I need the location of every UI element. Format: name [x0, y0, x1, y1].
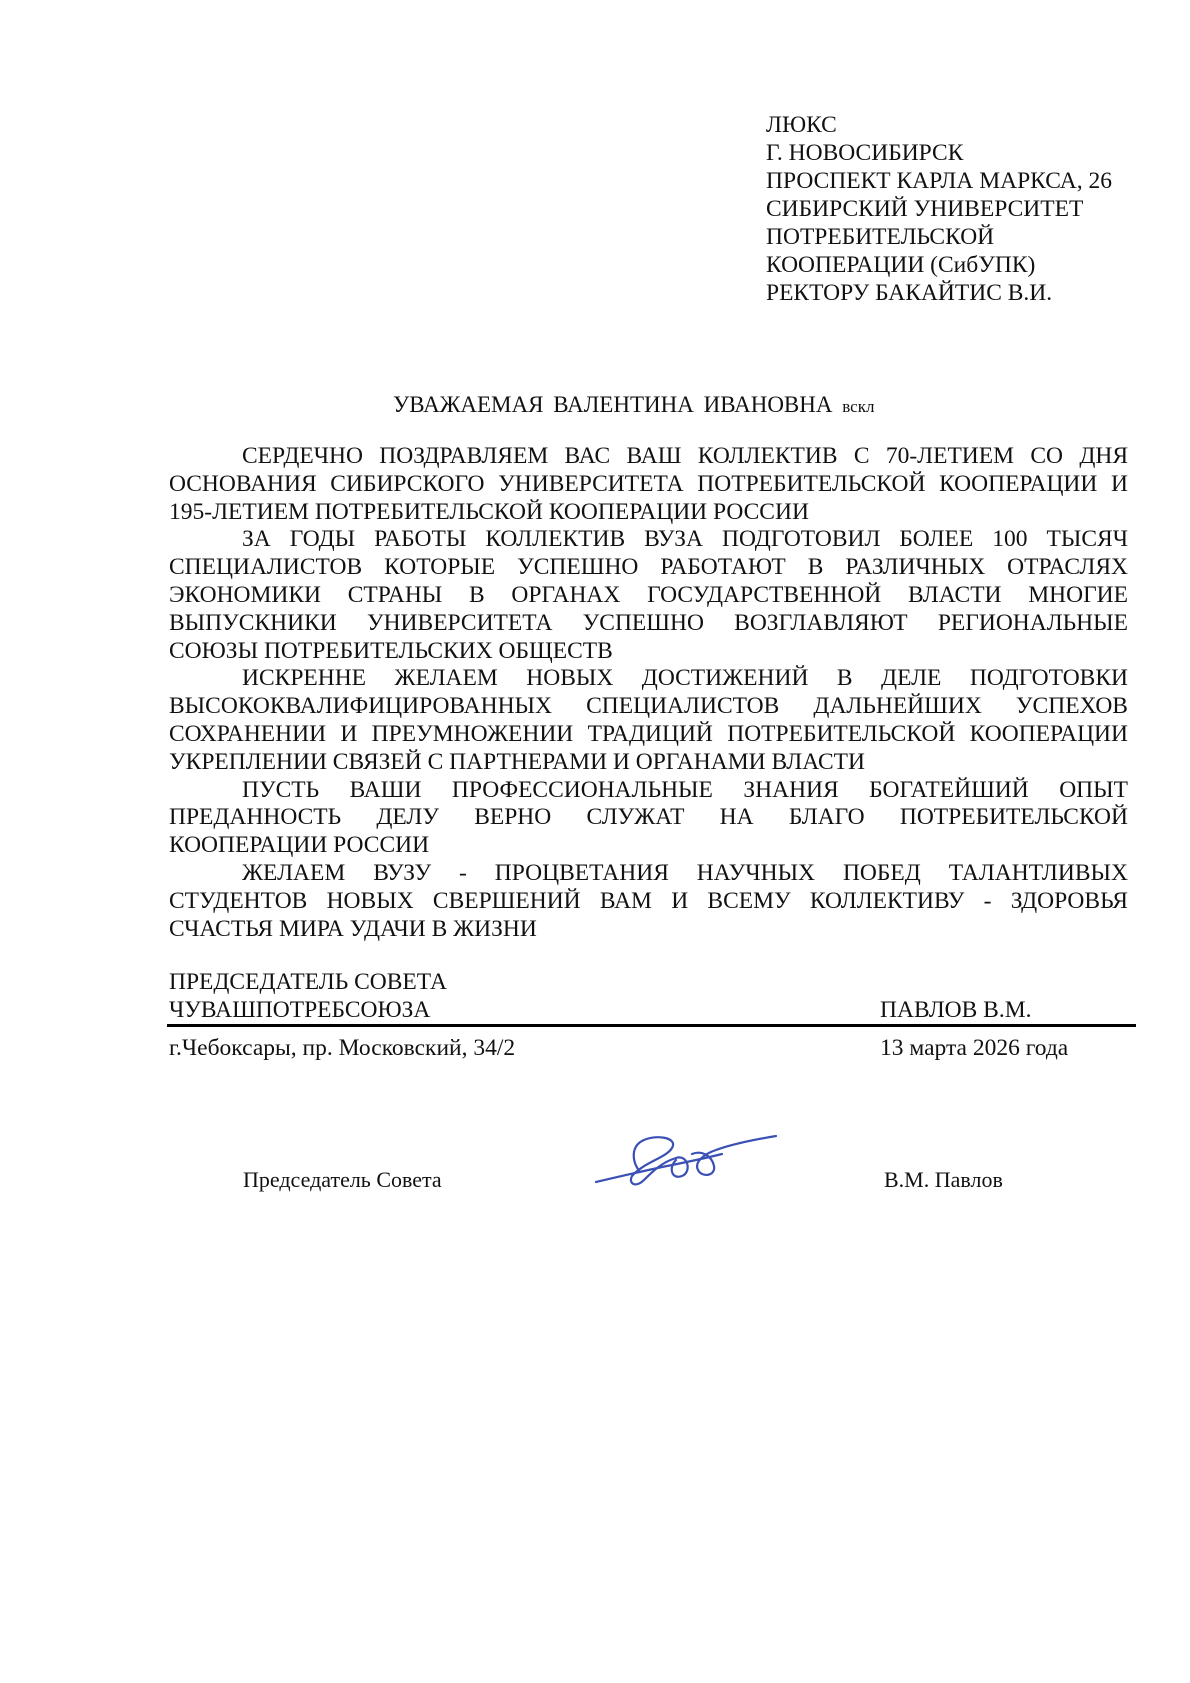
recipient-line: РЕКТОРУ БАКАЙТИС В.И.	[766, 279, 1112, 307]
recipient-line: ПРОСПЕКТ КАРЛА МАРКСА, 26	[766, 167, 1112, 195]
letter-body: СЕРДЕЧНО ПОЗДРАВЛЯЕМ ВАС ВАШ КОЛЛЕКТИВ С…	[169, 443, 1128, 943]
sender-name: ПАВЛОВ В.М.	[880, 996, 1032, 1024]
sender-title-line2: ЧУВАШПОТРЕБСОЮЗА	[169, 997, 430, 1023]
letter-page: ЛЮКС Г. НОВОСИБИРСК ПРОСПЕКТ КАРЛА МАРКС…	[0, 0, 1190, 1683]
sender-address: г.Чебоксары, пр. Московский, 34/2	[169, 1035, 515, 1061]
sender-footer: г.Чебоксары, пр. Московский, 34/2 13 мар…	[169, 1034, 1136, 1062]
body-line: СПЕЦИАЛИСТОВ КОТОРЫЕ УСПЕШНО РАБОТАЮТ В …	[169, 554, 1128, 582]
body-line: ВЫПУСКНИКИ УНИВЕРСИТЕТА УСПЕШНО ВОЗГЛАВЛ…	[169, 610, 1128, 638]
recipient-line: Г. НОВОСИБИРСК	[766, 139, 1112, 167]
body-line: 195-ЛЕТИЕМ ПОТРЕБИТЕЛЬСКОЙ КООПЕРАЦИИ РО…	[169, 499, 1128, 527]
sender-block: ПРЕДСЕДАТЕЛЬ СОВЕТА ЧУВАШПОТРЕБСОЮЗА ПАВ…	[169, 968, 1136, 1024]
body-line: СТУДЕНТОВ НОВЫХ СВЕРШЕНИЙ ВАМ И ВСЕМУ КО…	[169, 888, 1128, 916]
handwritten-signature-icon	[592, 1132, 780, 1190]
recipient-line: СИБИРСКИЙ УНИВЕРСИТЕТ	[766, 195, 1112, 223]
divider-rule	[167, 1024, 1136, 1027]
salutation-text: УВАЖАЕМАЯ ВАЛЕНТИНА ИВАНОВНА	[393, 392, 833, 417]
body-line: КООПЕРАЦИИ РОССИИ	[169, 832, 1128, 860]
body-line: ПУСТЬ ВАШИ ПРОФЕССИОНАЛЬНЫЕ ЗНАНИЯ БОГАТ…	[169, 777, 1128, 805]
salutation: УВАЖАЕМАЯ ВАЛЕНТИНА ИВАНОВНА вскл	[393, 391, 874, 421]
signatory-name: В.М. Павлов	[884, 1166, 1003, 1194]
body-line: ИСКРЕННЕ ЖЕЛАЕМ НОВЫХ ДОСТИЖЕНИЙ В ДЕЛЕ …	[169, 665, 1128, 693]
salutation-suffix: вскл	[842, 397, 874, 416]
body-line: ОСНОВАНИЯ СИБИРСКОГО УНИВЕРСИТЕТА ПОТРЕБ…	[169, 471, 1128, 499]
body-line: СОХРАНЕНИИ И ПРЕУМНОЖЕНИИ ТРАДИЦИЙ ПОТРЕ…	[169, 721, 1128, 749]
body-line: СЕРДЕЧНО ПОЗДРАВЛЯЕМ ВАС ВАШ КОЛЛЕКТИВ С…	[169, 443, 1128, 471]
body-line: ПРЕДАННОСТЬ ДЕЛУ ВЕРНО СЛУЖАТ НА БЛАГО П…	[169, 804, 1128, 832]
recipient-address: ЛЮКС Г. НОВОСИБИРСК ПРОСПЕКТ КАРЛА МАРКС…	[766, 111, 1112, 307]
recipient-line: ПОТРЕБИТЕЛЬСКОЙ	[766, 223, 1112, 251]
body-line: ЖЕЛАЕМ ВУЗУ - ПРОЦВЕТАНИЯ НАУЧНЫХ ПОБЕД …	[169, 860, 1128, 888]
body-line: ВЫСОКОКВАЛИФИЦИРОВАННЫХ СПЕЦИАЛИСТОВ ДАЛ…	[169, 693, 1128, 721]
body-line: ЗА ГОДЫ РАБОТЫ КОЛЛЕКТИВ ВУЗА ПОДГОТОВИЛ…	[169, 526, 1128, 554]
recipient-line: ЛЮКС	[766, 111, 1112, 139]
body-line: СОЮЗЫ ПОТРЕБИТЕЛЬСКИХ ОБЩЕСТВ	[169, 638, 1128, 666]
signatory-position: Председатель Совета	[243, 1166, 442, 1194]
recipient-line: КООПЕРАЦИИ (СибУПК)	[766, 251, 1112, 279]
letter-date: 13 марта 2026 года	[880, 1034, 1068, 1062]
body-line: ЭКОНОМИКИ СТРАНЫ В ОРГАНАХ ГОСУДАРСТВЕНН…	[169, 582, 1128, 610]
body-line: СЧАСТЬЯ МИРА УДАЧИ В ЖИЗНИ	[169, 916, 1128, 944]
sender-title-line1: ПРЕДСЕДАТЕЛЬ СОВЕТА	[169, 969, 447, 995]
body-line: УКРЕПЛЕНИИ СВЯЗЕЙ С ПАРТНЕРАМИ И ОРГАНАМ…	[169, 749, 1128, 777]
